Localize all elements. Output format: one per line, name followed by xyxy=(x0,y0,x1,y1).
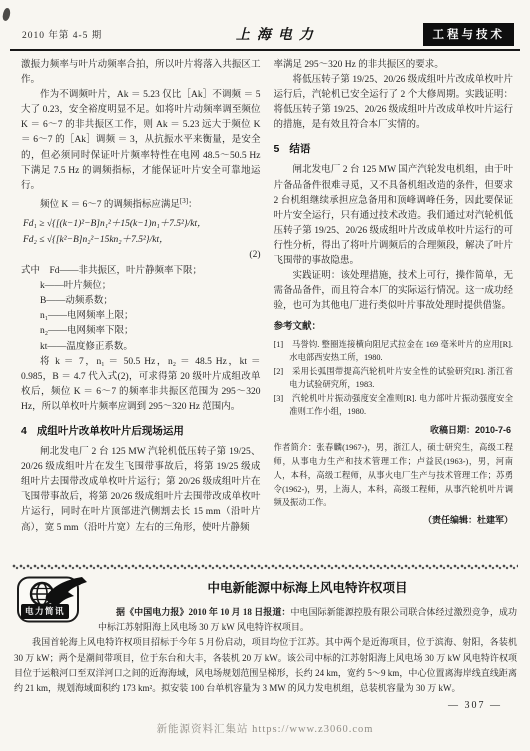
symbol-definition: n₂——电网频率下限； xyxy=(21,324,261,339)
symbol-definition: k——叶片频位； xyxy=(21,279,261,294)
received-date: 收稿日期：2010-7-6 xyxy=(274,423,512,438)
responsible-editor: （责任编辑：杜建军） xyxy=(274,513,514,528)
section-title: 成组叶片改单枚叶片后现场运用 xyxy=(37,425,184,437)
reference-item: [2] 采用长弧围带提高汽轮机叶片安全性的试验研究[R]. 浙江省电力试验研究所… xyxy=(274,365,514,392)
author-bio: 作者简介：张春麟(1967-)，男，浙江人，硕士研究生，高级工程师，从事电力生产… xyxy=(274,441,514,510)
news-paragraph: 据《中国电力报》2010 年 10 月 18 日报道：中电国际新能源控股有限公司… xyxy=(14,605,517,635)
article-body: 激振力频率与叶片动频率合拍，所以叶片将落入共振区工作。 作为不调频叶片，Ak ＝… xyxy=(21,58,513,563)
citation-ref: [3] xyxy=(180,197,188,205)
formula-line: Fd₂ ≤ √{[k²−B]n₂²−15kn₂＋7.5²}/kt， xyxy=(23,232,261,248)
paragraph: 激振力频率与叶片动频率合拍，所以叶片将落入共振区工作。 xyxy=(21,58,261,88)
symbol-definition: B——动频系数； xyxy=(21,294,261,309)
formula-line: Fd₁ ≥ √{[(k−1)²−B]n₁²＋15(k−1)n₁＋7.5²}/kt… xyxy=(23,216,261,232)
equation-block: Fd₁ ≥ √{[(k−1)²−B]n₁²＋15(k−1)n₁＋7.5²}/kt… xyxy=(23,216,261,262)
journal-title: 上海电力 xyxy=(206,24,320,44)
paragraph: 闸北发电厂 2 台 125 MW 汽轮机低压转子第 19/25、20/26 级成… xyxy=(21,445,261,536)
equation-number: (2) xyxy=(23,248,261,262)
references-heading: 参考文献： xyxy=(274,319,514,334)
paragraph: 实践证明：该处理措施，技术上可行，操作简单，无需备品备件，而且符合本厂的实际运行… xyxy=(274,269,514,314)
reference-item: [3] 汽轮机叶片振动强度安全准则[R]. 电力部叶片振动强度安全准则工作小组，… xyxy=(274,392,514,419)
section-number: 5 xyxy=(274,143,280,155)
news-paragraph: 我国首轮海上风电特许权项目招标于今年 5 月份启动，项目均位于江苏。其中两个是近… xyxy=(14,635,517,696)
symbol-definition: 式中 Fd——非共振区，叶片静频率下限； xyxy=(21,264,261,279)
news-source-lead: 据《中国电力报》2010 年 10 月 18 日报道： xyxy=(116,607,290,617)
symbol-definition: kt——温度修正系数。 xyxy=(21,340,261,355)
paragraph: 将 k ＝ 7，n₁ ＝ 50.5 Hz，n₂ ＝ 48.5 Hz，kt ＝ 0… xyxy=(21,355,261,415)
right-column: 率满足 295～320 Hz 的非共振区的要求。 将低压转子第 19/25、20… xyxy=(274,58,514,563)
equation-intro-text: 频位 K ＝ 6～7 的调频指标应满足 xyxy=(40,200,180,210)
logo-label: 电力简讯 xyxy=(21,604,69,619)
reference-item: [1] 马誉钧. 整圈连接横向阻尼式拉金在 169 毫米叶片的应用[R]. 水电… xyxy=(274,338,514,365)
paragraph: 作为不调频叶片，Ak ＝ 5.23 仅比［Ak］不调频 ＝ 5 大了 0.23，… xyxy=(21,88,261,194)
paragraph: 率满足 295～320 Hz 的非共振区的要求。 xyxy=(274,58,514,73)
section-title: 结语 xyxy=(289,143,310,155)
page-header: 2010 年第 4-5 期 上海电力 工程与技术 xyxy=(22,24,514,44)
left-column: 激振力频率与叶片动频率合拍，所以叶片将落入共振区工作。 作为不调频叶片，Ak ＝… xyxy=(21,58,261,563)
decorative-separator xyxy=(12,564,518,570)
section-badge: 工程与技术 xyxy=(423,23,514,46)
header-rule xyxy=(10,49,520,51)
issue-label: 2010 年第 4-5 期 xyxy=(22,27,102,41)
paragraph: 闸北发电厂 2 台 125 MW 国产汽轮发电机组，由于叶片备品备件很难寻觅，又… xyxy=(274,163,514,269)
scan-artifact xyxy=(2,7,12,21)
site-watermark: 新能源资料汇集站 https://www.z3060.com xyxy=(0,721,530,736)
power-news-logo: 电力简讯 xyxy=(16,576,88,628)
news-title: 中电新能源中标海上风电特许权项目 xyxy=(14,578,517,596)
symbol-definition: n₁——电网频率上限； xyxy=(21,309,261,324)
paragraph: 将低压转子第 19/25、20/26 级成组叶片改成单枚叶片运行后，汽轮机已安全… xyxy=(274,73,514,133)
section-heading-5: 5结语 xyxy=(274,141,514,156)
bird-globe-icon xyxy=(16,576,88,628)
journal-page-scan: 2010 年第 4-5 期 上海电力 工程与技术 激振力频率与叶片动频率合拍，所… xyxy=(0,0,530,751)
section-number: 4 xyxy=(21,425,27,437)
page-number: — 307 — xyxy=(448,700,502,711)
equation-intro: 频位 K ＝ 6～7 的调频指标应满足[3]： xyxy=(21,194,261,213)
equation-intro-colon: ： xyxy=(188,200,198,210)
section-heading-4: 4成组叶片改单枚叶片后现场运用 xyxy=(21,423,261,438)
news-brief: 电力简讯 中电新能源中标海上风电特许权项目 据《中国电力报》2010 年 10 … xyxy=(14,576,517,696)
